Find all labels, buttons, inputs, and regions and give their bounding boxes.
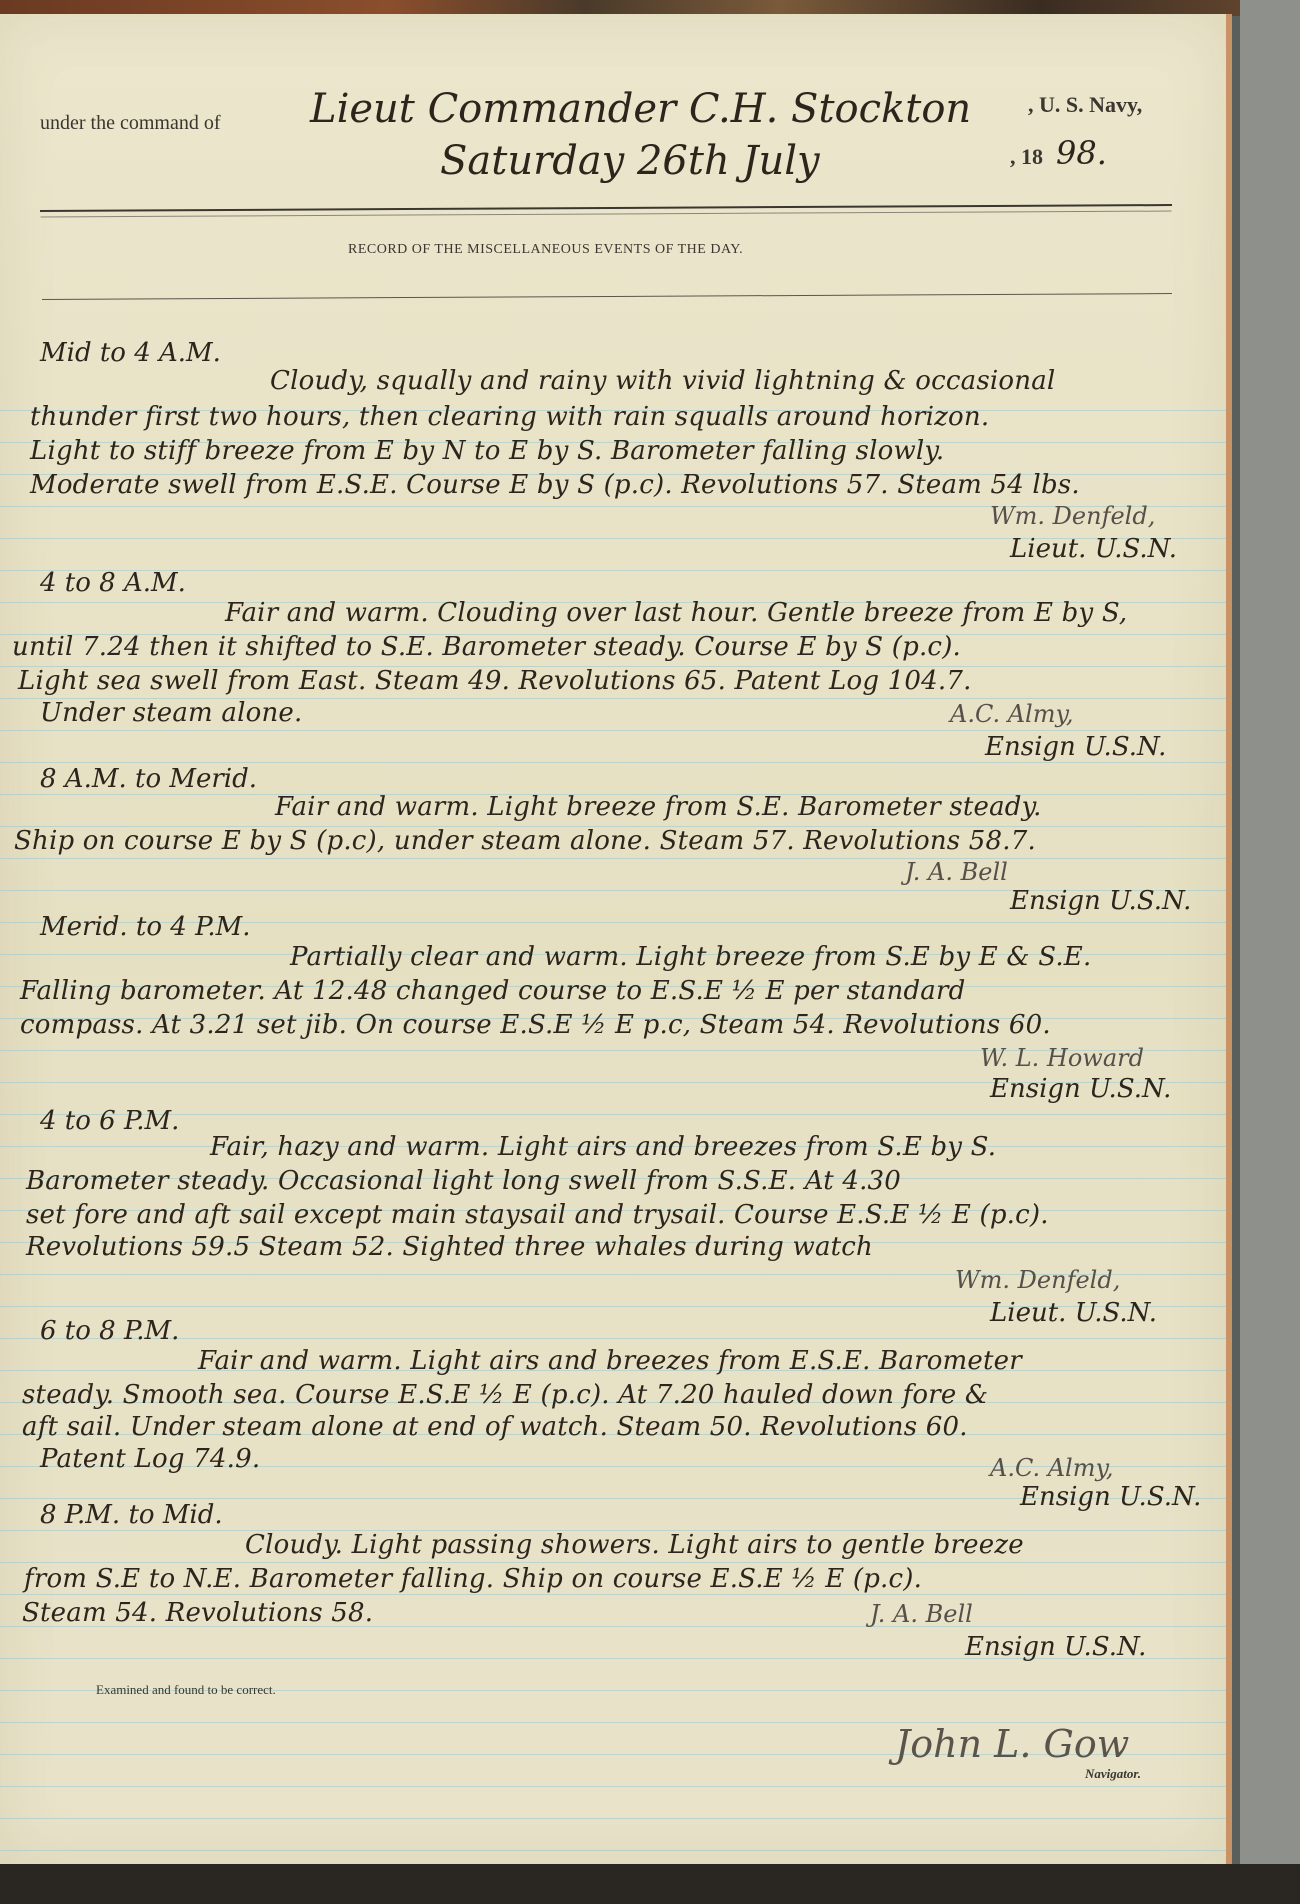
entry-line: Falling barometer. At 12.48 changed cour… bbox=[20, 976, 965, 1006]
officer-rank: Ensign U.S.N. bbox=[1010, 886, 1191, 916]
entry-line: aft sail. Under steam alone at end of wa… bbox=[22, 1412, 968, 1442]
officer-rank: Ensign U.S.N. bbox=[990, 1074, 1171, 1104]
officer-signature: A.C. Almy, bbox=[950, 700, 1074, 728]
year-prefix-label: , 18 bbox=[1010, 144, 1043, 170]
entry-line: Moderate swell from E.S.E. Course E by S… bbox=[30, 470, 1080, 500]
entry-line: steady. Smooth sea. Course E.S.E ½ E (p.… bbox=[22, 1380, 988, 1410]
background-bottom bbox=[0, 1864, 1300, 1904]
log-page: under the command of Lieut Commander C.H… bbox=[0, 14, 1232, 1864]
entry-line: Revolutions 59.5 Steam 52. Sighted three… bbox=[26, 1232, 873, 1262]
entry-line: from S.E to N.E. Barometer falling. Ship… bbox=[24, 1564, 922, 1594]
officer-rank: Ensign U.S.N. bbox=[1020, 1482, 1201, 1512]
entry-line: Partially clear and warm. Light breeze f… bbox=[290, 942, 1091, 972]
log-date: Saturday 26th July bbox=[440, 138, 820, 184]
entry-line: Steam 54. Revolutions 58. bbox=[22, 1598, 373, 1628]
officer-signature: J. A. Bell bbox=[870, 1600, 973, 1628]
watch-label: Merid. to 4 P.M. bbox=[40, 912, 250, 942]
watch-label: 6 to 8 P.M. bbox=[40, 1316, 179, 1346]
entry-line: until 7.24 then it shifted to S.E. Barom… bbox=[12, 632, 961, 662]
commander-name: Lieut Commander C.H. Stockton bbox=[310, 86, 971, 132]
officer-rank: Ensign U.S.N. bbox=[985, 732, 1166, 762]
officer-rank: Lieut. U.S.N. bbox=[990, 1298, 1157, 1328]
officer-rank: Ensign U.S.N. bbox=[965, 1632, 1146, 1662]
entry-line: Fair, hazy and warm. Light airs and bree… bbox=[210, 1132, 996, 1162]
officer-signature: Wm. Denfeld, bbox=[955, 1266, 1120, 1294]
officer-signature: Wm. Denfeld, bbox=[990, 502, 1155, 530]
header-divider bbox=[40, 204, 1172, 212]
officer-signature: A.C. Almy, bbox=[990, 1454, 1114, 1482]
section-title: RECORD OF THE MISCELLANEOUS EVENTS OF TH… bbox=[348, 242, 743, 258]
entry-line: Under steam alone. bbox=[40, 698, 302, 728]
watch-label: Mid to 4 A.M. bbox=[40, 338, 221, 368]
entry-line: Cloudy, squally and rainy with vivid lig… bbox=[270, 366, 1055, 396]
entry-line: Ship on course E by S (p.c), under steam… bbox=[14, 826, 1036, 856]
year-handwritten: 98. bbox=[1056, 134, 1107, 172]
officer-signature: W. L. Howard bbox=[980, 1044, 1144, 1072]
officer-rank: Lieut. U.S.N. bbox=[1010, 534, 1177, 564]
entry-line: Fair and warm. Light breeze from S.E. Ba… bbox=[275, 792, 1042, 822]
section-divider bbox=[42, 293, 1172, 300]
navigator-signature: John L. Gow bbox=[895, 1722, 1129, 1766]
navy-suffix-label: , U. S. Navy, bbox=[1028, 92, 1142, 118]
watch-label: 4 to 8 A.M. bbox=[40, 568, 186, 598]
command-prefix-label: under the command of bbox=[40, 112, 221, 135]
entry-line: Barometer steady. Occasional light long … bbox=[26, 1166, 901, 1196]
entry-line: set fore and aft sail except main staysa… bbox=[26, 1200, 1049, 1230]
watch-label: 4 to 6 P.M. bbox=[40, 1106, 179, 1136]
entry-line: Patent Log 74.9. bbox=[40, 1444, 260, 1474]
entry-line: thunder first two hours, then clearing w… bbox=[30, 402, 989, 432]
examined-note: Examined and found to be correct. bbox=[96, 1682, 276, 1698]
entry-line: Fair and warm. Clouding over last hour. … bbox=[225, 598, 1127, 628]
entry-line: compass. At 3.21 set jib. On course E.S.… bbox=[20, 1010, 1051, 1040]
navigator-title: Navigator. bbox=[1085, 1766, 1141, 1782]
watch-label: 8 A.M. to Merid. bbox=[40, 764, 257, 794]
officer-signature: J. A. Bell bbox=[905, 858, 1008, 886]
watch-label: 8 P.M. to Mid. bbox=[40, 1500, 223, 1530]
entry-line: Light to stiff breeze from E by N to E b… bbox=[30, 436, 944, 466]
entry-line: Cloudy. Light passing showers. Light air… bbox=[245, 1530, 1024, 1560]
background-surface bbox=[1240, 0, 1300, 1904]
entry-line: Fair and warm. Light airs and breezes fr… bbox=[198, 1346, 1022, 1376]
entry-line: Light sea swell from East. Steam 49. Rev… bbox=[18, 666, 972, 696]
